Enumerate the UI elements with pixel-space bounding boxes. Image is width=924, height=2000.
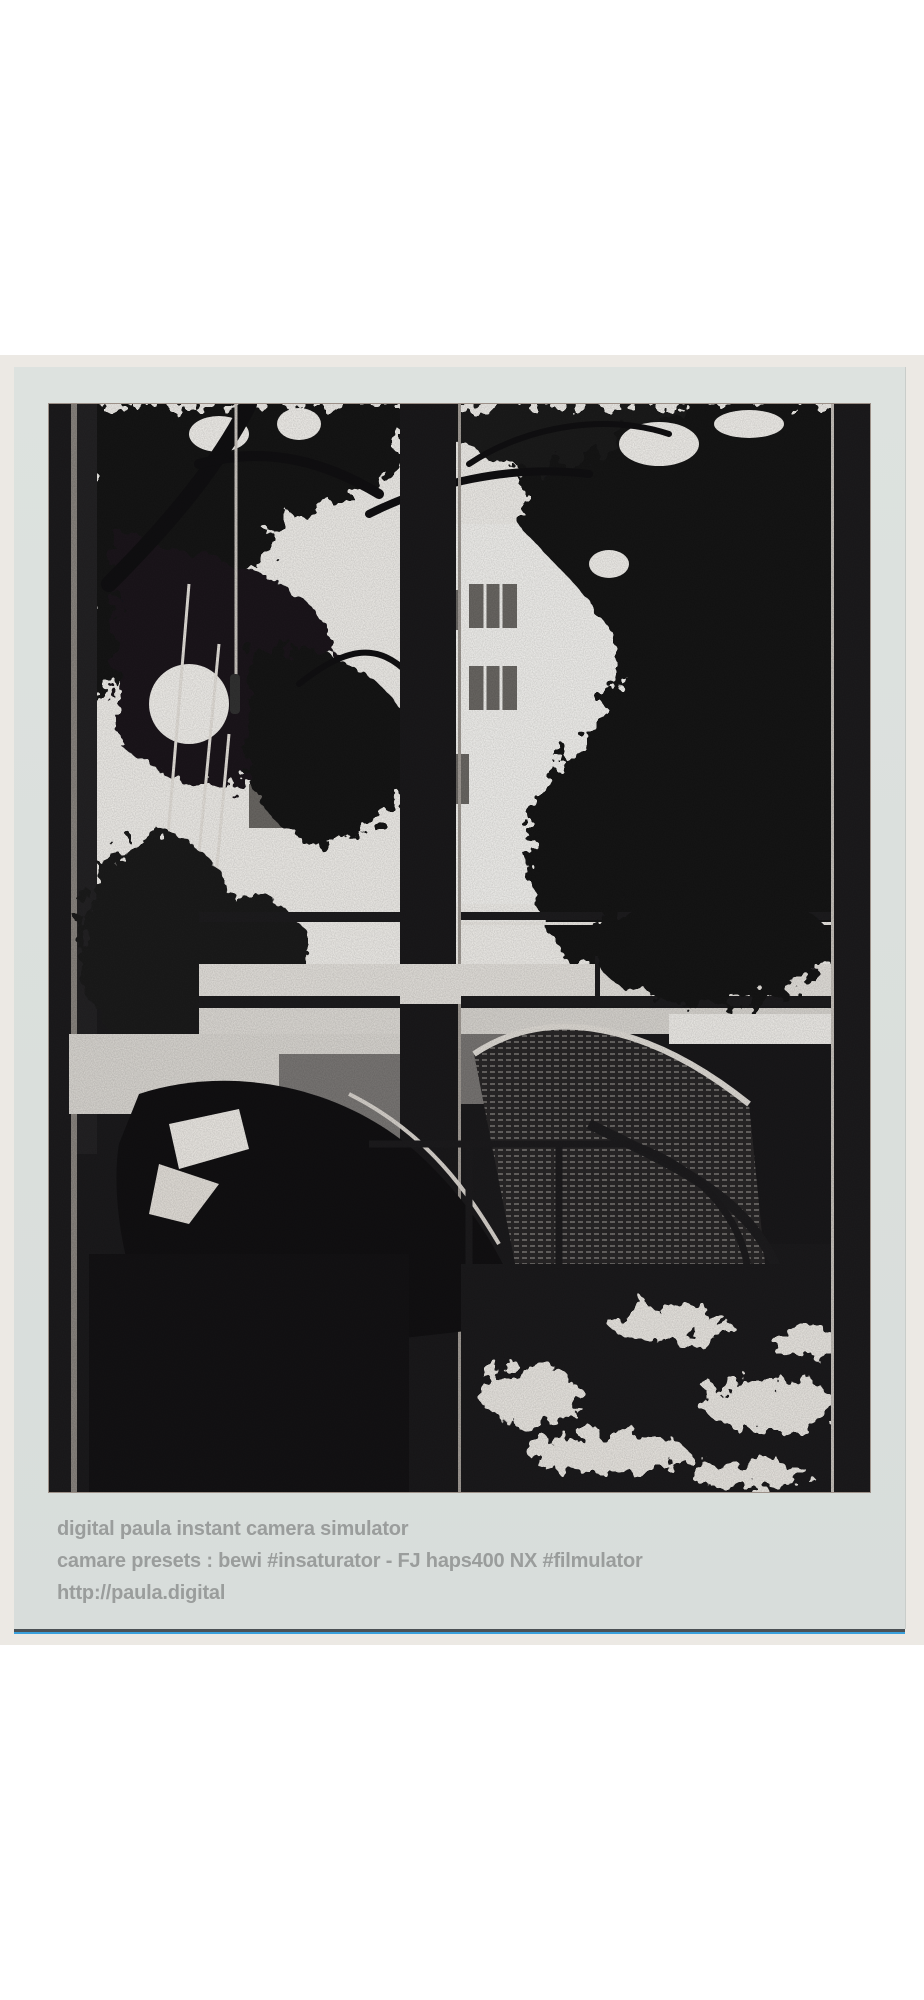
caption-title: digital paula instant camera simulator [57, 1513, 643, 1545]
caption-url: http://paula.digital [57, 1577, 643, 1609]
caption-presets: camare presets : bewi #insaturator - FJ … [57, 1545, 643, 1577]
photo-scene [49, 404, 870, 1492]
photo-image [49, 404, 870, 1492]
photo-caption: digital paula instant camera simulator c… [57, 1513, 643, 1609]
